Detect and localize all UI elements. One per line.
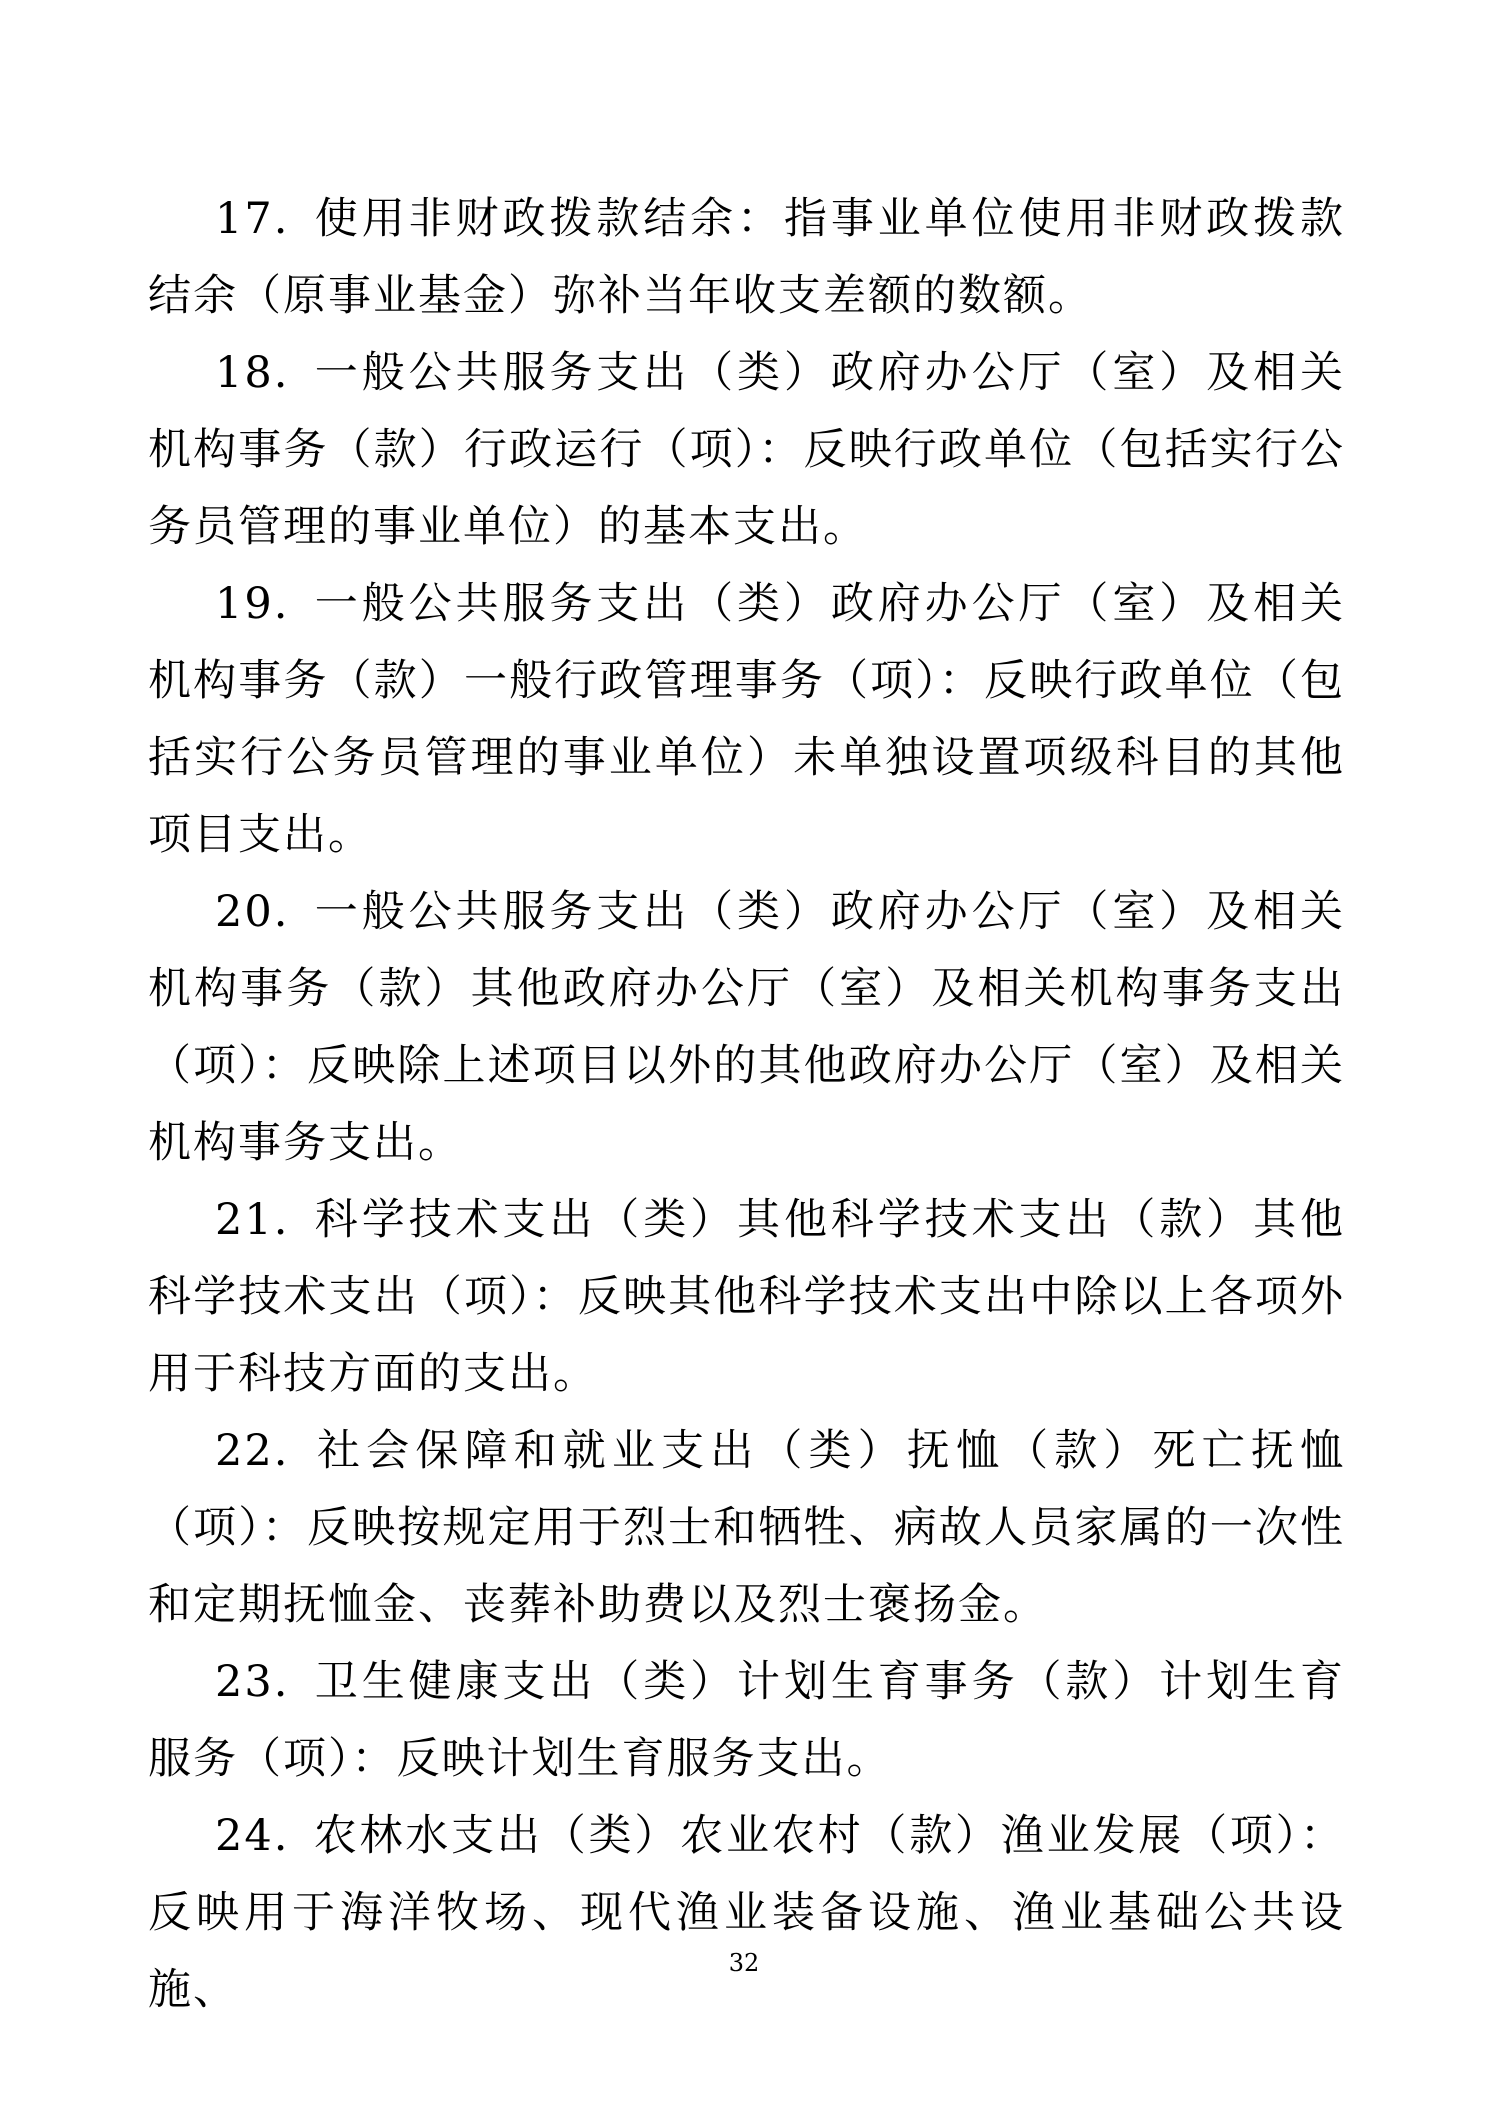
document-page: 17. 使用非财政拨款结余：指事业单位使用非财政拨款结余（原事业基金）弥补当年收… [0,0,1488,2104]
page-number: 32 [0,1948,1488,1978]
paragraph-item-23: 23. 卫生健康支出（类）计划生育事务（款）计划生育服务（项）：反映计划生育服务… [148,1644,1345,1798]
paragraph-item-24: 24. 农林水支出（类）农业农村（款）渔业发展（项）：反映用于海洋牧场、现代渔业… [148,1798,1345,2029]
paragraph-item-20: 20. 一般公共服务支出（类）政府办公厅（室）及相关机构事务（款）其他政府办公厅… [148,874,1345,1182]
document-body: 17. 使用非财政拨款结余：指事业单位使用非财政拨款结余（原事业基金）弥补当年收… [148,181,1345,2029]
paragraph-item-18: 18. 一般公共服务支出（类）政府办公厅（室）及相关机构事务（款）行政运行（项）… [148,335,1345,566]
paragraph-item-21: 21. 科学技术支出（类）其他科学技术支出（款）其他科学技术支出（项）：反映其他… [148,1182,1345,1413]
paragraph-item-17: 17. 使用非财政拨款结余：指事业单位使用非财政拨款结余（原事业基金）弥补当年收… [148,181,1345,335]
paragraph-item-19: 19. 一般公共服务支出（类）政府办公厅（室）及相关机构事务（款）一般行政管理事… [148,566,1345,874]
paragraph-item-22: 22. 社会保障和就业支出（类）抚恤（款）死亡抚恤（项）：反映按规定用于烈士和牺… [148,1413,1345,1644]
